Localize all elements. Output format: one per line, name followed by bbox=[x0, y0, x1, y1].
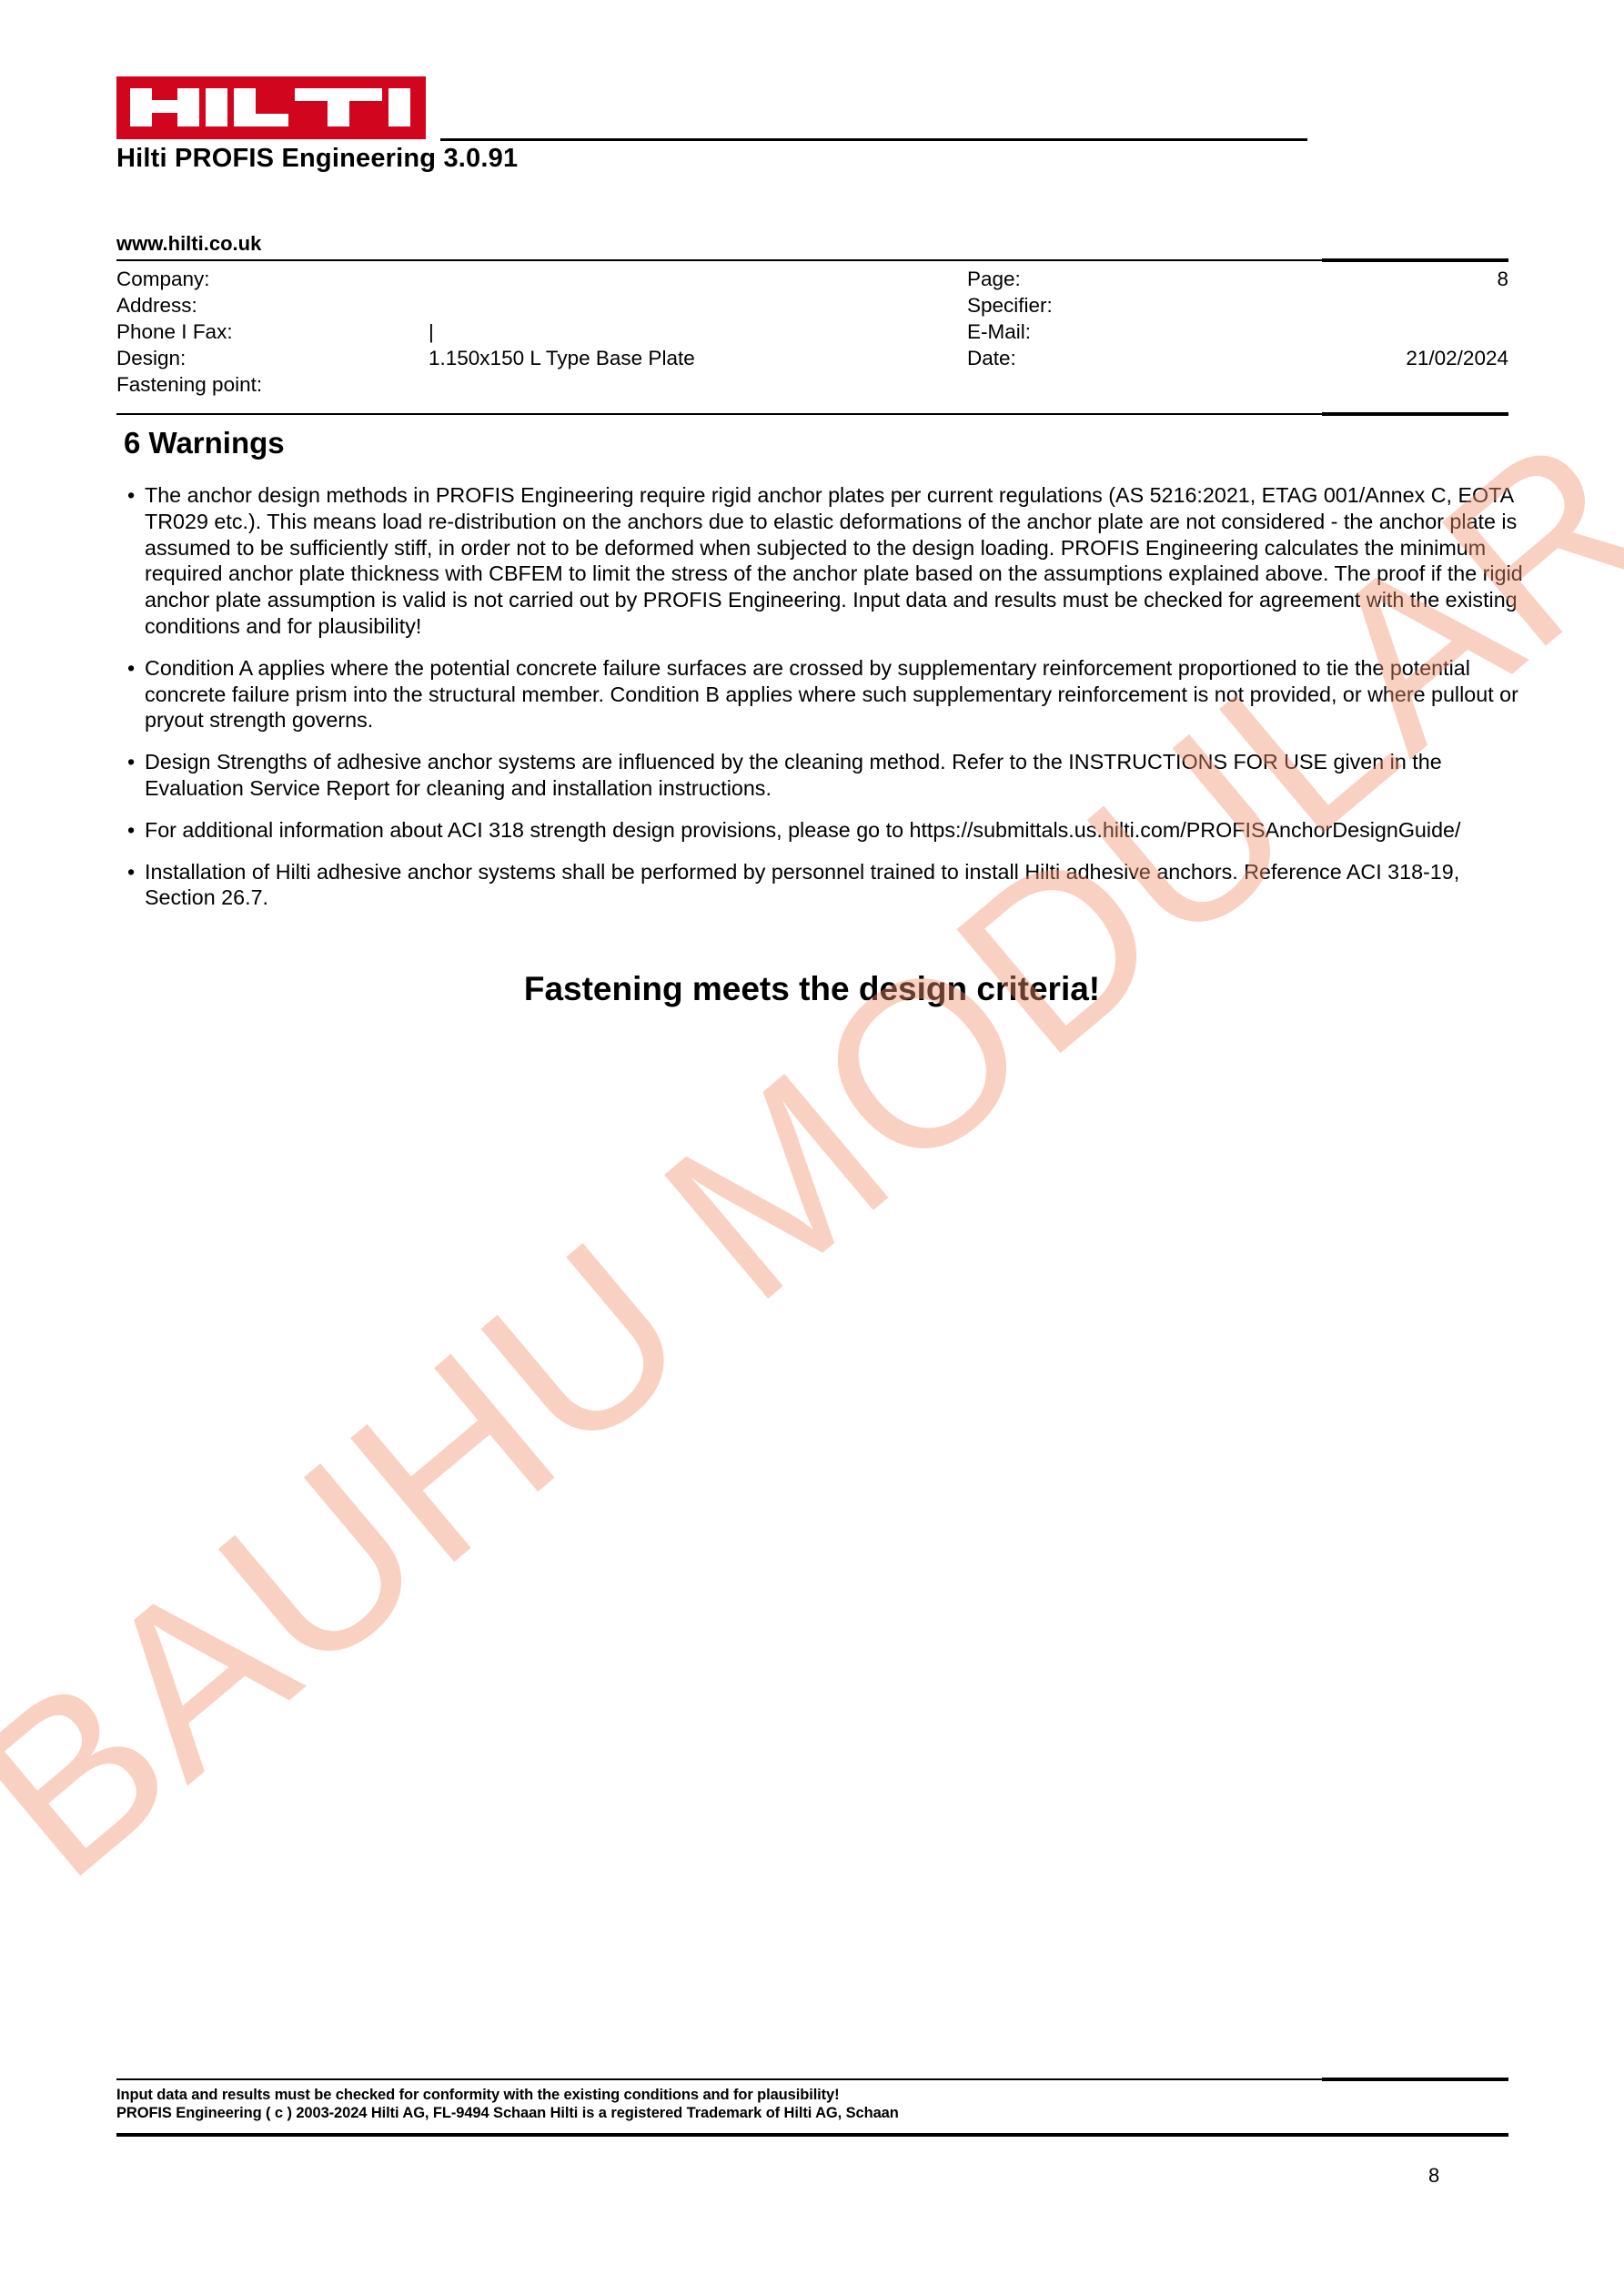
fastening-point-value bbox=[429, 371, 695, 398]
footer-bottom-rule bbox=[116, 2133, 1508, 2137]
warning-text: The anchor design methods in PROFIS Engi… bbox=[145, 483, 1523, 638]
info-bottom-rule-thick bbox=[1322, 412, 1508, 416]
design-value: 1.150x150 L Type Base Plate bbox=[429, 345, 695, 371]
company-label: Company: bbox=[116, 266, 262, 292]
header-rule bbox=[440, 138, 1307, 141]
footer-disclaimer: Input data and results must be checked f… bbox=[116, 2087, 840, 2104]
phone-fax-value: | bbox=[429, 318, 695, 345]
page-label: Page: bbox=[967, 266, 1053, 292]
bullet-icon: • bbox=[127, 655, 135, 682]
bullet-icon: • bbox=[127, 482, 135, 509]
project-info-right-values: 8 21/02/2024 bbox=[1274, 266, 1508, 371]
email-label: E-Mail: bbox=[967, 318, 1053, 345]
footer-top-rule-thick bbox=[1322, 2078, 1508, 2081]
bullet-icon: • bbox=[127, 859, 135, 885]
hilti-logo bbox=[116, 76, 426, 139]
page-number: 8 bbox=[1428, 2164, 1447, 2188]
email-value bbox=[1274, 318, 1508, 345]
hilti-wordmark-icon bbox=[116, 76, 426, 139]
bullet-icon: • bbox=[127, 749, 135, 775]
warning-text: Installation of Hilti adhesive anchor sy… bbox=[145, 860, 1459, 910]
address-value bbox=[429, 292, 695, 318]
warning-item: •Installation of Hilti adhesive anchor s… bbox=[127, 859, 1524, 912]
warnings-list: •The anchor design methods in PROFIS Eng… bbox=[127, 482, 1524, 926]
date-label: Date: bbox=[967, 345, 1053, 371]
address-label: Address: bbox=[116, 292, 262, 318]
phone-fax-label: Phone I Fax: bbox=[116, 318, 262, 345]
specifier-value bbox=[1274, 292, 1508, 318]
website-link[interactable]: www.hilti.co.uk bbox=[116, 232, 261, 256]
warning-item: •Design Strengths of adhesive anchor sys… bbox=[127, 749, 1524, 802]
info-top-rule bbox=[116, 259, 1322, 261]
result-text: Fastening meets the design criteria! bbox=[524, 970, 1100, 1007]
footer-top-rule bbox=[116, 2078, 1322, 2080]
result-message: Fastening meets the design criteria! bbox=[0, 970, 1624, 1008]
bullet-icon: • bbox=[127, 817, 135, 844]
warning-item: •The anchor design methods in PROFIS Eng… bbox=[127, 482, 1524, 640]
fastening-point-label: Fastening point: bbox=[116, 371, 262, 398]
section-title: 6 Warnings bbox=[124, 426, 285, 460]
info-top-rule-thick bbox=[1322, 258, 1508, 262]
project-info-left-values: | 1.150x150 L Type Base Plate bbox=[429, 266, 695, 398]
warning-text: Design Strengths of adhesive anchor syst… bbox=[145, 750, 1442, 800]
page-value: 8 bbox=[1274, 266, 1508, 292]
footer-copyright: PROFIS Engineering ( c ) 2003-2024 Hilti… bbox=[116, 2105, 899, 2122]
date-value: 21/02/2024 bbox=[1274, 345, 1508, 371]
app-title: Hilti PROFIS Engineering 3.0.91 bbox=[116, 144, 518, 174]
specifier-label: Specifier: bbox=[967, 292, 1053, 318]
project-info-left: Company: Address: Phone I Fax: Design: F… bbox=[116, 266, 262, 398]
project-info-right: Page: Specifier: E-Mail: Date: bbox=[967, 266, 1053, 371]
info-bottom-rule bbox=[116, 413, 1322, 415]
design-label: Design: bbox=[116, 345, 262, 371]
warning-item: •For additional information about ACI 31… bbox=[127, 817, 1524, 844]
company-value bbox=[429, 266, 695, 292]
warning-text: Condition A applies where the potential … bbox=[145, 656, 1518, 733]
warning-text: For additional information about ACI 318… bbox=[145, 818, 1460, 842]
warning-item: •Condition A applies where the potential… bbox=[127, 655, 1524, 733]
